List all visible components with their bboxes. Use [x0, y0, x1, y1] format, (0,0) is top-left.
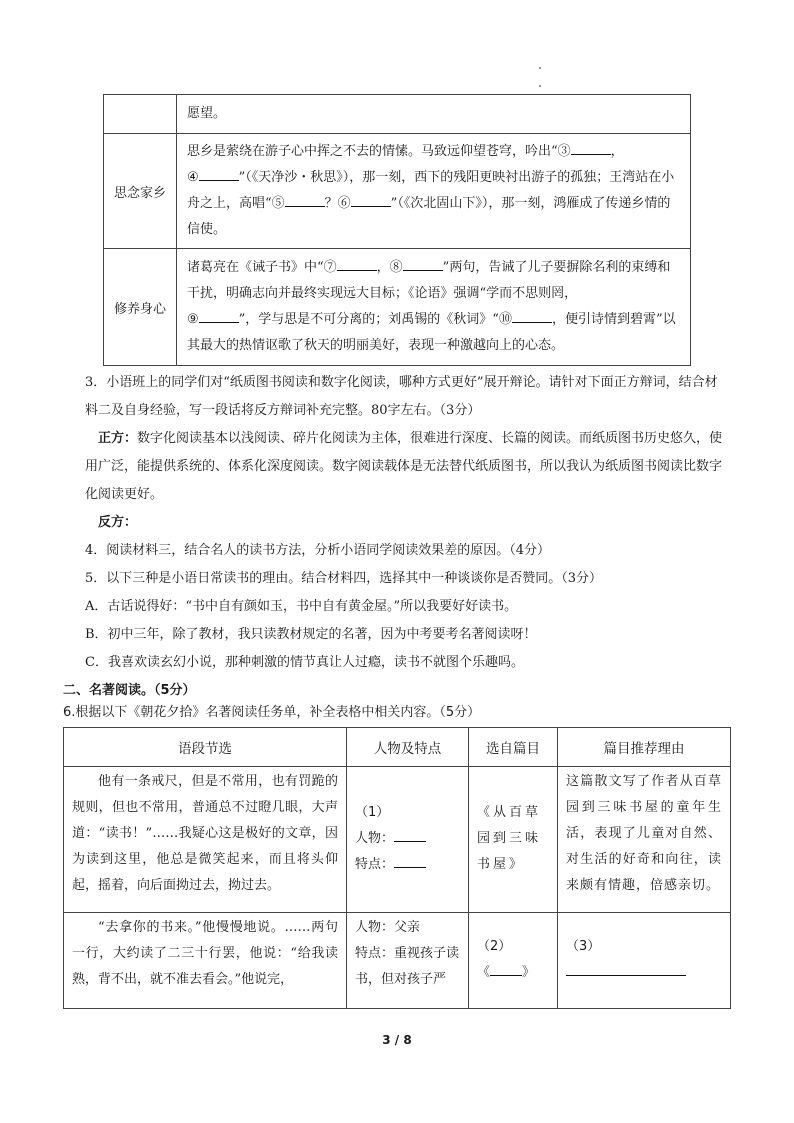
theme-text-cultivation: 诸葛亮在《诫子书》中“⑦，⑧”两句，告诫了儿子要摒除名利的束缚和干扰，明确志向并… [177, 249, 691, 366]
question-4: 4．阅读材料三，结合名人的读书方法，分析小语同学阅读效果差的原因。（4分） [85, 537, 730, 565]
scan-dot [539, 67, 541, 69]
excerpt-text: 他有一条戒尺，但是不常用，也有罚跪的规则，但也不常用，普通总不过瞪几眼，大声道：… [72, 769, 338, 899]
table-row: 思念家乡 思乡是萦绕在游子心中挥之不去的情愫。马致远仰望苍穹，吟出“③，④”（《… [104, 134, 691, 249]
item-number-2: （2） [477, 934, 549, 960]
pro-label: 正方： [98, 431, 137, 446]
blank-reason[interactable] [566, 961, 686, 976]
theme-text: 愿望。 [177, 95, 691, 134]
blank-4[interactable] [199, 166, 239, 181]
blank-10[interactable] [512, 308, 552, 323]
option-a: A．古话说得好：“书中自有颜如玉，书中自有黄金屋。”所以我要好好读书。 [85, 593, 730, 621]
blank-6[interactable] [351, 192, 391, 207]
trait-line: 特点： [355, 852, 460, 878]
trait-line: 特点：重视孩子读书，但对孩子严 [355, 941, 460, 993]
reason-cell: （3） [558, 913, 731, 1009]
question-3-pro: 正方：数字化阅读基本以浅阅读、碎片化阅读为主体，很难进行深度、长篇的阅读。而纸质… [85, 425, 730, 509]
header-reason: 篇目推荐理由 [558, 728, 731, 767]
reason-cell: 这篇散文写了作者从百草园到三味书屋的童年生活，表现了儿童对自然、对生活的好奇和向… [558, 767, 731, 913]
excerpt-text: “去拿你的书来。”他慢慢地说。……两句一行，大约读了二三十行罢，他说：“给我读熟… [72, 915, 338, 993]
blank-7[interactable] [337, 256, 377, 271]
option-c: C．我喜欢读玄幻小说，那种刺激的情节真让人过瘾，读书不就图个乐趣吗。 [85, 649, 730, 677]
blank-3[interactable] [571, 140, 611, 155]
source-cell: （2） 《》 [469, 913, 558, 1009]
item-number-1: （1） [355, 800, 460, 826]
source-cell: 《从百草园到三味书屋》 [469, 767, 558, 913]
blank-book[interactable] [490, 961, 522, 976]
theme-label-homesick: 思念家乡 [104, 134, 177, 249]
character-cell: 人物：父亲 特点：重视孩子读书，但对孩子严 [347, 913, 469, 1009]
blank-trait[interactable] [394, 853, 426, 868]
table-row: 修养身心 诸葛亮在《诫子书》中“⑦，⑧”两句，告诫了儿子要摒除名利的束缚和干扰，… [104, 249, 691, 366]
blank-5[interactable] [285, 192, 325, 207]
book-title-blank: 《》 [477, 960, 549, 986]
item-number-3: （3） [566, 939, 600, 954]
question-3-prompt: 3．小语班上的同学们对“纸质图书阅读和数字化阅读，哪种方式更好”展开辩论。请针对… [85, 369, 730, 425]
poetry-theme-table: 愿望。 思念家乡 思乡是萦绕在游子心中挥之不去的情愫。马致远仰望苍穹，吟出“③，… [103, 94, 691, 366]
theme-label-cultivation: 修养身心 [104, 249, 177, 366]
reading-task-table: 语段节选 人物及特点 选自篇目 篇目推荐理由 他有一条戒尺，但是不常用，也有罚跪… [63, 727, 731, 1009]
header-source: 选自篇目 [469, 728, 558, 767]
person-line: 人物：父亲 [355, 915, 460, 941]
person-line: 人物： [355, 826, 460, 852]
scan-dot [539, 85, 541, 87]
header-excerpt: 语段节选 [64, 728, 347, 767]
table-row: 他有一条戒尺，但是不常用，也有罚跪的规则，但也不常用，普通总不过瞪几眼，大声道：… [64, 767, 731, 913]
blank-8[interactable] [403, 256, 443, 271]
theme-label [104, 95, 177, 134]
blank-9[interactable] [199, 308, 239, 323]
con-label: 反方： [98, 515, 137, 530]
table-row: 愿望。 [104, 95, 691, 134]
blank-person[interactable] [394, 827, 426, 842]
pro-text: 数字化阅读基本以浅阅读、碎片化阅读为主体，很难进行深度、长篇的阅读。而纸质图书历… [85, 431, 722, 502]
option-b: B．初中三年，除了教材，我只读教材规定的名著，因为中考要考名著阅读呀！ [85, 621, 730, 649]
excerpt-cell: 他有一条戒尺，但是不常用，也有罚跪的规则，但也不常用，普通总不过瞪几眼，大声道：… [64, 767, 347, 913]
page-number: 3 / 8 [0, 1033, 794, 1047]
table-header-row: 语段节选 人物及特点 选自篇目 篇目推荐理由 [64, 728, 731, 767]
excerpt-cell: “去拿你的书来。”他慢慢地说。……两句一行，大约读了二三十行罢，他说：“给我读熟… [64, 913, 347, 1009]
character-cell: （1） 人物： 特点： [347, 767, 469, 913]
question-5-prompt: 5．以下三种是小语日常读书的理由。结合材料四，选择其中一种谈谈你是否赞同。（3分… [85, 565, 730, 593]
theme-text-homesick: 思乡是萦绕在游子心中挥之不去的情愫。马致远仰望苍穹，吟出“③，④”（《天净沙・秋… [177, 134, 691, 249]
question-6: 6.根据以下《朝花夕拾》名著阅读任务单，补全表格中相关内容。（5分） [63, 699, 730, 727]
question-3-con: 反方： [85, 509, 730, 537]
table-row: “去拿你的书来。”他慢慢地说。……两句一行，大约读了二三十行罢，他说：“给我读熟… [64, 913, 731, 1009]
header-character: 人物及特点 [347, 728, 469, 767]
